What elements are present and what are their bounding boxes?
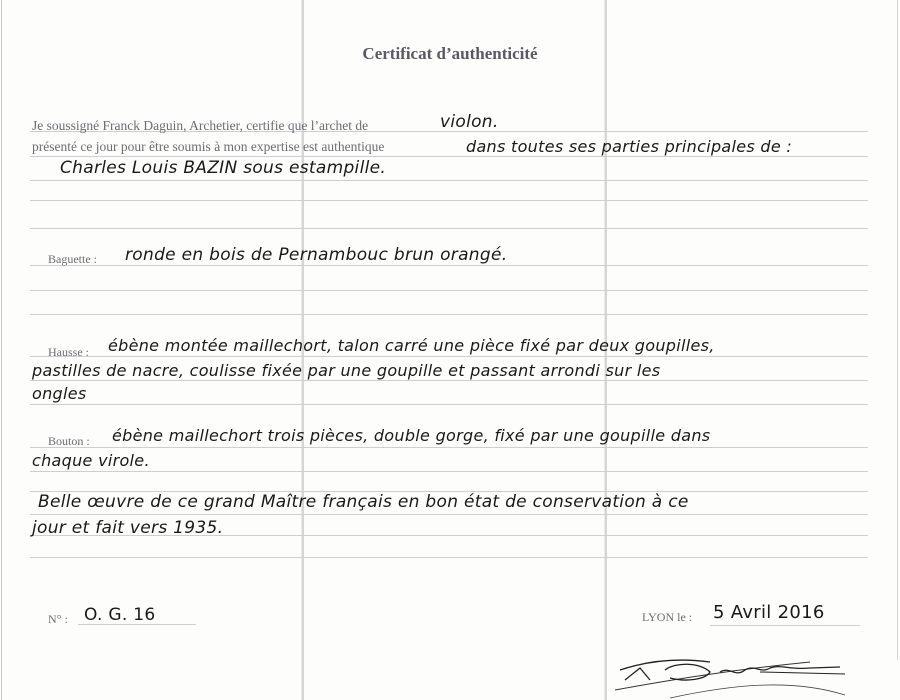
ruled-line [30, 514, 868, 515]
ruled-line [30, 156, 868, 157]
intro-line-2: présenté ce jour pour être soumis à mon … [32, 139, 384, 155]
instrument-value: violon. [440, 112, 499, 132]
certificate-page: Certificat d’authenticité Je soussigné F… [0, 0, 900, 700]
number-label: N° : [48, 612, 68, 627]
page-edge-right [897, 0, 898, 660]
ruled-line [30, 265, 868, 266]
ruled-line [30, 356, 868, 357]
authentic-scope: dans toutes ses parties principales de : [466, 137, 792, 156]
date-underline [710, 625, 860, 626]
ruled-line [30, 447, 868, 448]
date-label: LYON le : [642, 610, 692, 625]
number-underline [78, 624, 196, 625]
hausse-line-3: ongles [32, 384, 87, 403]
baguette-label: Baguette : [48, 252, 97, 267]
baguette-value: ronde en bois de Pernambouc brun orangé. [125, 245, 507, 265]
bouton-line-2: chaque virole. [32, 451, 150, 470]
ruled-line [30, 404, 868, 405]
ruled-line [30, 228, 868, 229]
ruled-line [30, 314, 868, 315]
date-value: 5 Avril 2016 [713, 602, 825, 623]
certificate-title: Certificat d’authenticité [0, 44, 900, 64]
ruled-line [30, 471, 868, 472]
signature-icon: F. Daguin [610, 640, 850, 700]
maker-line: Charles Louis BAZIN sous estampille. [60, 158, 386, 178]
remarks-line-2: jour et fait vers 1935. [32, 518, 223, 538]
hausse-line-1: ébène montée maillechort, talon carré un… [108, 336, 715, 355]
hausse-line-2: pastilles de nacre, coulisse fixée par u… [32, 361, 660, 380]
ruled-line [30, 290, 868, 291]
intro-line-1: Je soussigné Franck Daguin, Archetier, c… [32, 118, 368, 134]
ruled-line [30, 180, 868, 181]
page-edge-left [1, 0, 2, 700]
hausse-label: Hausse : [48, 345, 89, 360]
bouton-label: Bouton : [48, 434, 90, 449]
remarks-line-1: Belle œuvre de ce grand Maître français … [38, 492, 689, 512]
ruled-line [30, 557, 868, 558]
ruled-line [30, 200, 868, 201]
ruled-line [30, 380, 868, 381]
number-value: O. G. 16 [84, 605, 156, 625]
bouton-line-1: ébène maillechort trois pièces, double g… [112, 426, 710, 445]
